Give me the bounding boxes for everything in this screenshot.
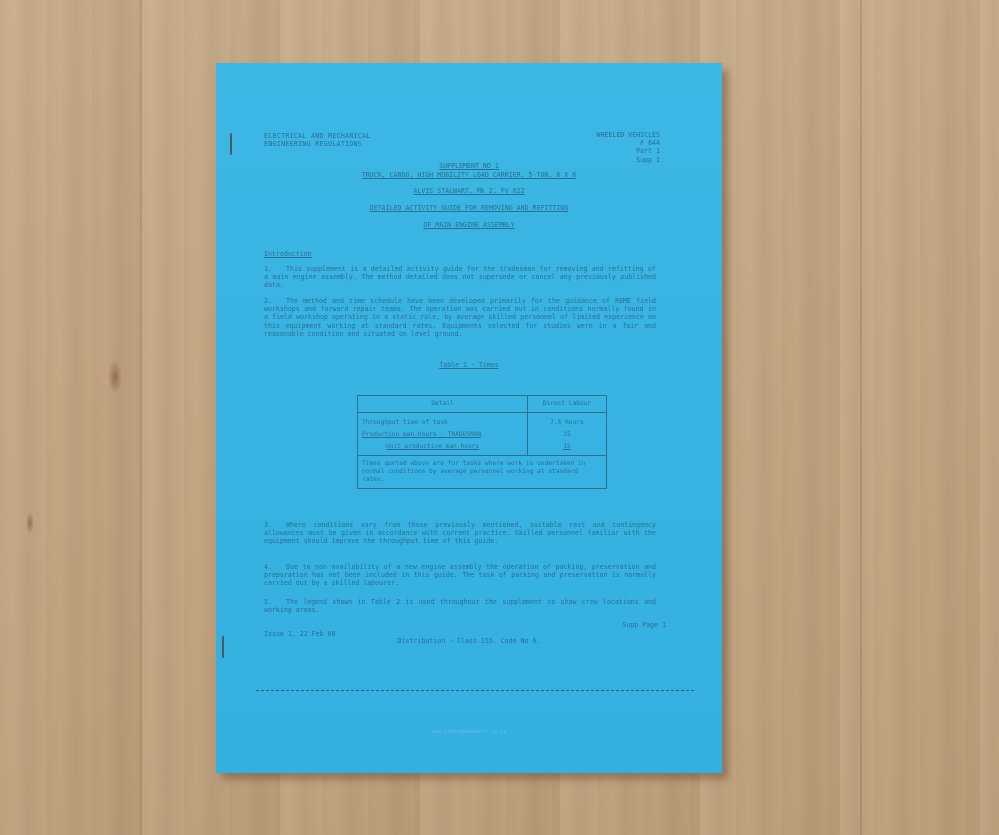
header-left-line: ENGINEERING REGULATIONS — [264, 140, 371, 148]
supplement-title: SUPPLEMENT NO 1 — [216, 162, 722, 170]
guide-title-line-1: DETAILED ACTIVITY GUIDE FOR REMOVING AND… — [216, 204, 722, 212]
table-header-detail: Detail — [358, 396, 528, 413]
row-value: 7.5 hours — [528, 413, 607, 430]
paragraph-text: Due to non availability of a new engine … — [264, 563, 656, 587]
paragraph-number: 3. — [264, 521, 286, 529]
row-label: Unit productive man-hours — [358, 441, 528, 456]
header-left-line: ELECTRICAL AND MECHANICAL — [264, 132, 371, 140]
paragraph-3: 3.Where conditions vary from those previ… — [264, 521, 656, 546]
guide-title-line-2: OF MAIN ENGINE ASSEMBLY — [216, 221, 722, 229]
page-number: Supp Page 1 — [622, 621, 666, 629]
paragraph-number: 5. — [264, 598, 286, 606]
intro-heading: Introduction — [264, 250, 312, 258]
paragraph-1: 1.This supplement is a detailed activity… — [264, 265, 656, 290]
staple-top — [230, 133, 232, 155]
paragraph-text: The method and time schedule have been d… — [264, 297, 656, 338]
distribution-line: Distribution - Class 155. Code No 6. — [216, 637, 722, 645]
paragraph-text: Where conditions vary from those previou… — [264, 521, 656, 545]
paragraph-4: 4.Due to non availability of a new engin… — [264, 563, 656, 588]
row-label: Throughput time of task — [358, 413, 528, 430]
paragraph-number: 2. — [264, 297, 286, 305]
row-label: Production man-hours - TRADESMAN — [358, 429, 528, 441]
paragraph-5: 5.The legend shown in Table 2 is used th… — [264, 598, 656, 614]
table-note: Times quoted above are for tasks where w… — [358, 456, 607, 489]
table-row: Unit productive man-hours 15 — [358, 441, 607, 456]
header-right: WHEELED VEHICLES F 644 Part 1 Supp 1 — [596, 131, 660, 164]
dashed-cut-line — [256, 690, 694, 691]
paragraph-2: 2.The method and time schedule have been… — [264, 297, 656, 338]
paragraph-text: The legend shown in Table 2 is used thro… — [264, 598, 656, 614]
wood-seam — [140, 0, 142, 835]
header-left: ELECTRICAL AND MECHANICAL ENGINEERING RE… — [264, 132, 371, 148]
row-value: 15 — [528, 429, 607, 441]
paragraph-text: This supplement is a detailed activity g… — [264, 265, 656, 289]
paragraph-number: 1. — [264, 265, 286, 273]
table-caption: Table 1 - Times — [216, 361, 722, 369]
header-right-line: F 644 — [596, 139, 660, 147]
wood-knot — [108, 360, 122, 394]
document-page: ELECTRICAL AND MECHANICAL ENGINEERING RE… — [216, 63, 722, 773]
table-row: Production man-hours - TRADESMAN 15 — [358, 429, 607, 441]
watermark-url: www.vintagemanuals.co.uk — [216, 728, 722, 736]
table-note-row: Times quoted above are for tasks where w… — [358, 456, 607, 489]
times-table: Detail Direct Labour Throughput time of … — [357, 395, 607, 489]
paragraph-number: 4. — [264, 563, 286, 571]
header-right-line: WHEELED VEHICLES — [596, 131, 660, 139]
wood-knot — [26, 512, 34, 534]
header-right-line: Part 1 — [596, 147, 660, 155]
table-header-labour: Direct Labour — [528, 396, 607, 413]
vehicle-title: TRUCK, CARGO, HIGH MOBILITY LOAD CARRIER… — [216, 171, 722, 179]
wood-seam — [860, 0, 862, 835]
vehicle-subtitle: ALVIS STALWART, Mk 2, FV 622 — [216, 187, 722, 195]
table-row: Throughput time of task 7.5 hours — [358, 413, 607, 430]
row-value: 15 — [528, 441, 607, 456]
